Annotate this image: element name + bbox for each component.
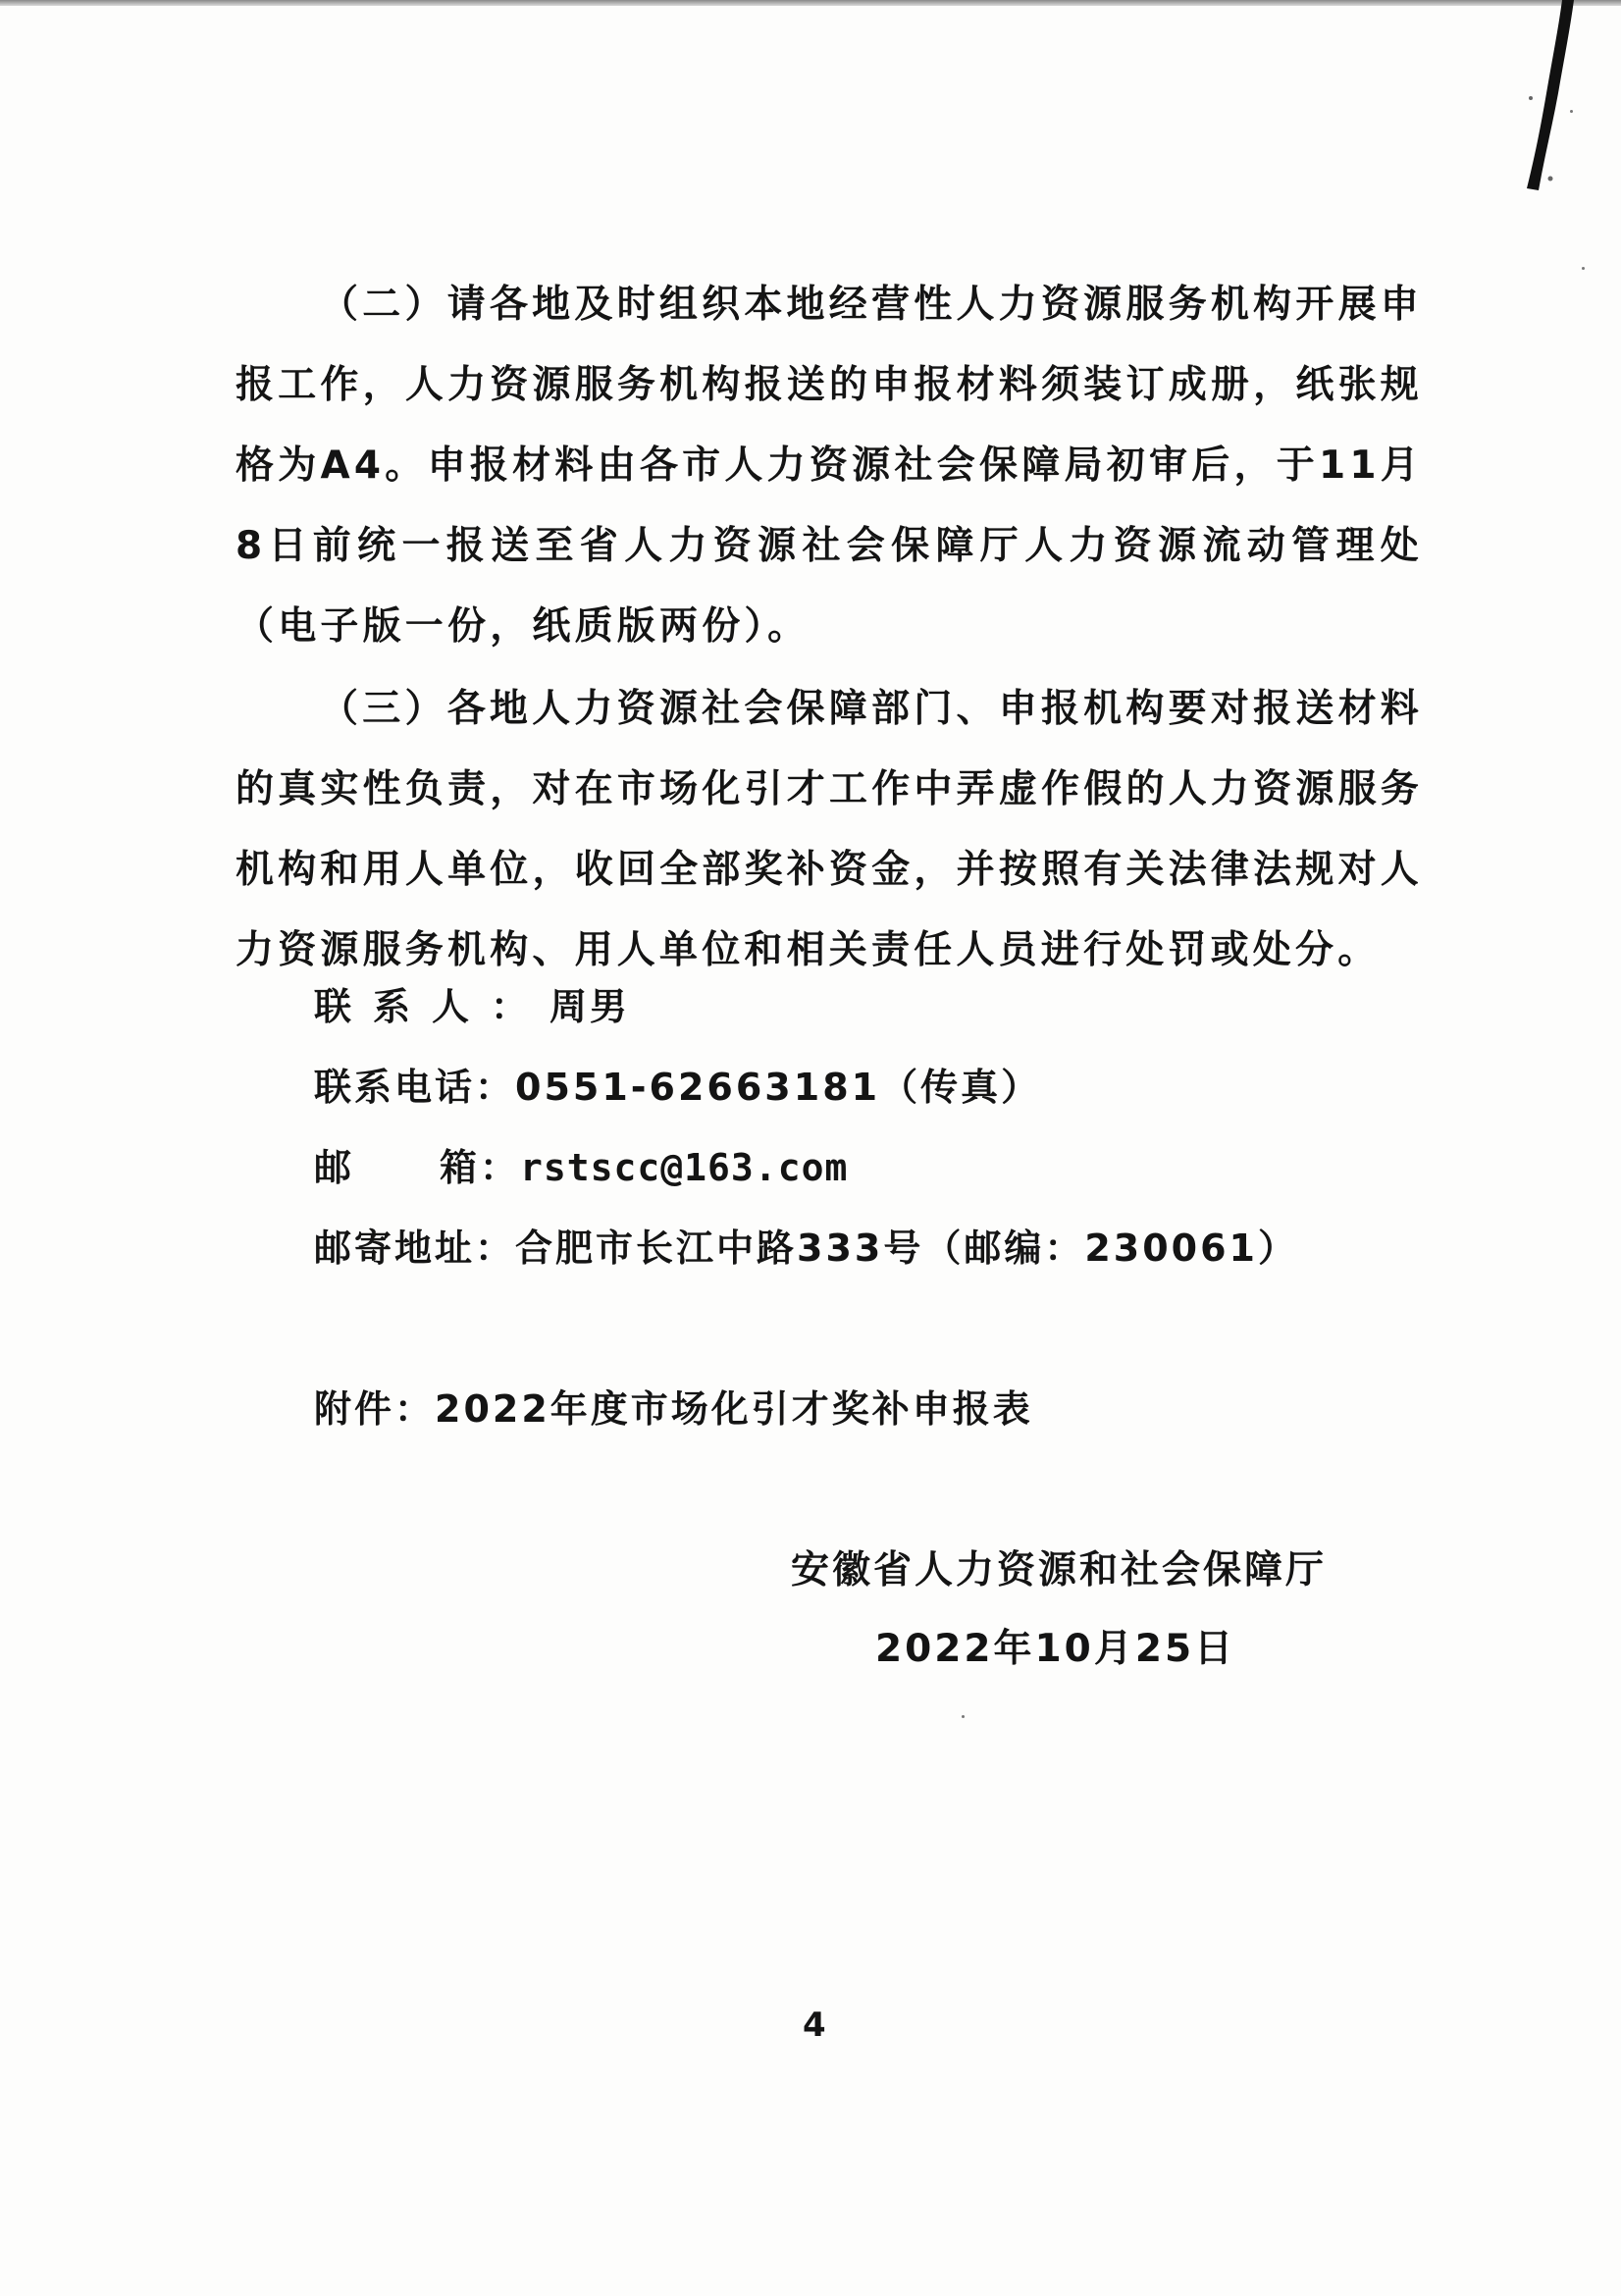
attachment-line: 附件：2022年度市场化引才奖补申报表 — [314, 1369, 1033, 1449]
scan-speck — [1570, 110, 1573, 113]
contact-person-value: 周男 — [549, 966, 630, 1047]
contact-address-label: 邮寄地址： — [314, 1208, 515, 1288]
contact-email-line: 邮箱：rstscc@163.com — [314, 1127, 848, 1208]
scan-speck — [1582, 267, 1585, 270]
scan-speck — [962, 1715, 965, 1718]
document-page: （二）请各地及时组织本地经营性人力资源服务机构开展申报工作，人力资源服务机构报送… — [0, 0, 1621, 2296]
contact-phone-line: 联系电话：0551-62663181（传真） — [314, 1047, 1041, 1127]
contact-email-value: rstscc@163.com — [520, 1127, 848, 1208]
contact-address-value: 合肥市长江中路333号（邮编：230061） — [515, 1208, 1298, 1288]
contact-phone-label: 联系电话： — [314, 1047, 515, 1127]
contact-person-label: 联系人： — [314, 966, 549, 1047]
paragraph-item-3: （三）各地人力资源社会保障部门、申报机构要对报送材料的真实性负责，对在市场化引才… — [235, 669, 1423, 991]
contact-email-label-part2: 箱： — [440, 1127, 520, 1208]
page-number: 4 — [803, 2006, 826, 2045]
contact-email-label-part1: 邮 — [314, 1127, 440, 1208]
contact-person-line: 联系人：周男 — [314, 966, 630, 1047]
contact-phone-value: 0551-62663181（传真） — [515, 1047, 1041, 1127]
signature-date: 2022年10月25日 — [875, 1609, 1235, 1690]
pen-stroke-mark — [1519, 0, 1578, 196]
paragraph-item-2: （二）请各地及时组织本地经营性人力资源服务机构开展申报工作，人力资源服务机构报送… — [235, 265, 1423, 667]
signature-organization: 安徽省人力资源和社会保障厅 — [791, 1531, 1327, 1611]
scan-top-edge — [0, 0, 1621, 6]
contact-address-line: 邮寄地址：合肥市长江中路333号（邮编：230061） — [314, 1208, 1298, 1288]
